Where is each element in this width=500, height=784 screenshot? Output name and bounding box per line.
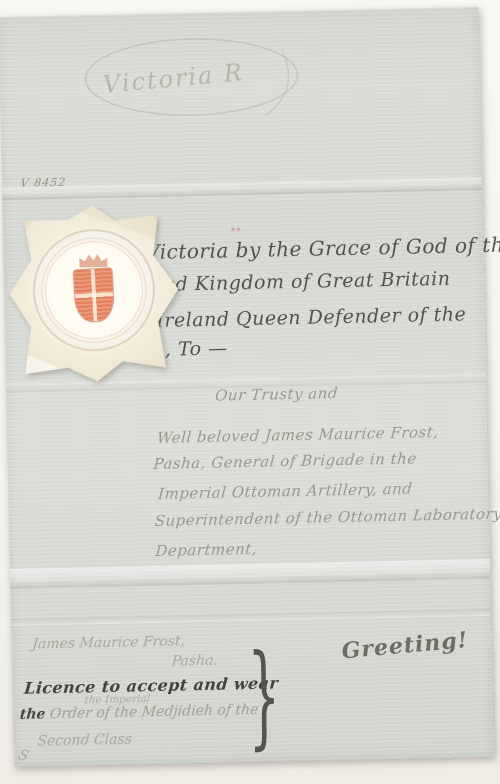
royal-signature-text: Victoria R: [102, 58, 245, 99]
docket-order-the: the: [19, 706, 46, 723]
manuscript-line: Imperial Ottoman Artillery, and: [157, 480, 413, 503]
fold-crease: [11, 609, 491, 626]
royal-signature-flourish-icon: Victoria R: [77, 27, 311, 128]
docket-addressee-name: James Maurice Frost,: [32, 633, 186, 652]
scanned-document-page: Victoria R V 8452 ⁎⁎ Victoria by the Gra…: [0, 0, 500, 784]
fold-crease: [2, 177, 482, 200]
red-ink-mark: ⁎⁎: [231, 224, 242, 234]
manuscript-line: Pasha, General of Brigade in the: [153, 449, 418, 473]
docket-brace: }: [247, 644, 280, 749]
docket-corner-mark: S: [16, 747, 31, 764]
manuscript-line: Department,: [155, 540, 258, 560]
document-sheet: Victoria R V 8452 ⁎⁎ Victoria by the Gra…: [0, 7, 494, 767]
docket-order-rest: Order of the Medjidieh of the: [45, 702, 259, 722]
royal-arms-shield-icon: [74, 268, 115, 322]
greeting-text: Greeting!: [341, 627, 470, 664]
reference-mark: V 8452: [20, 176, 67, 190]
proclamation-line: Victoria by the Grace of God of the: [145, 232, 500, 264]
docket-class-line: Second Class: [37, 731, 133, 749]
manuscript-line: Well beloved James Maurice Frost,: [156, 423, 439, 447]
fold-crease: [10, 559, 490, 589]
docket-addressee-title: Pasha.: [171, 653, 218, 670]
docket-licence-line: Licence to accept and wear: [23, 673, 279, 697]
docket-order-line: the Order of the Medjidieh of the: [19, 702, 259, 723]
manuscript-line: Superintendent of the Ottoman Laboratory: [154, 505, 500, 530]
royal-wafer-seal: [6, 203, 182, 385]
manuscript-line: Our Trusty and: [214, 384, 338, 405]
